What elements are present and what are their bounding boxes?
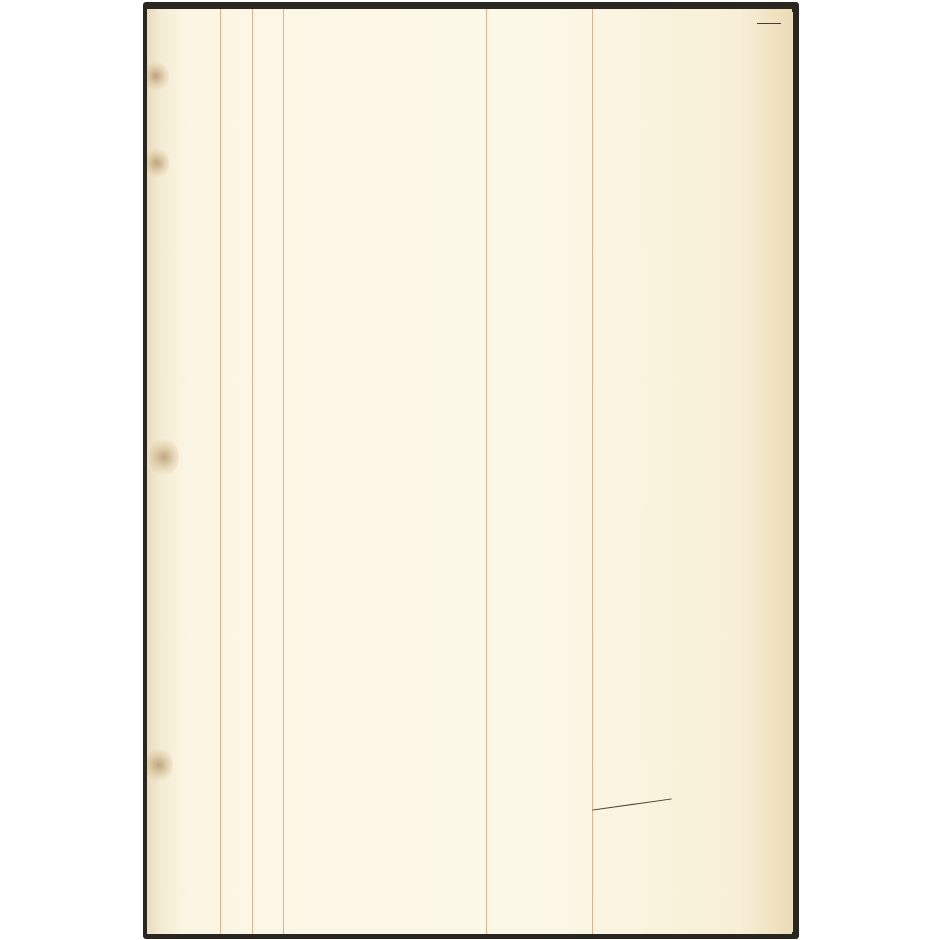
- ink-stain: [147, 61, 169, 91]
- signature-flourish: [592, 798, 671, 810]
- column-divider-donor: [592, 9, 593, 934]
- column-divider-qty: [283, 9, 284, 934]
- column-divider-date: [252, 9, 253, 934]
- page-number: [757, 23, 781, 24]
- ink-stain: [147, 747, 173, 783]
- ink-stain: [149, 437, 179, 477]
- ink-stain: [147, 147, 169, 179]
- ledger-page: [147, 9, 792, 934]
- column-divider-number: [220, 9, 221, 934]
- column-divider-description: [486, 9, 487, 934]
